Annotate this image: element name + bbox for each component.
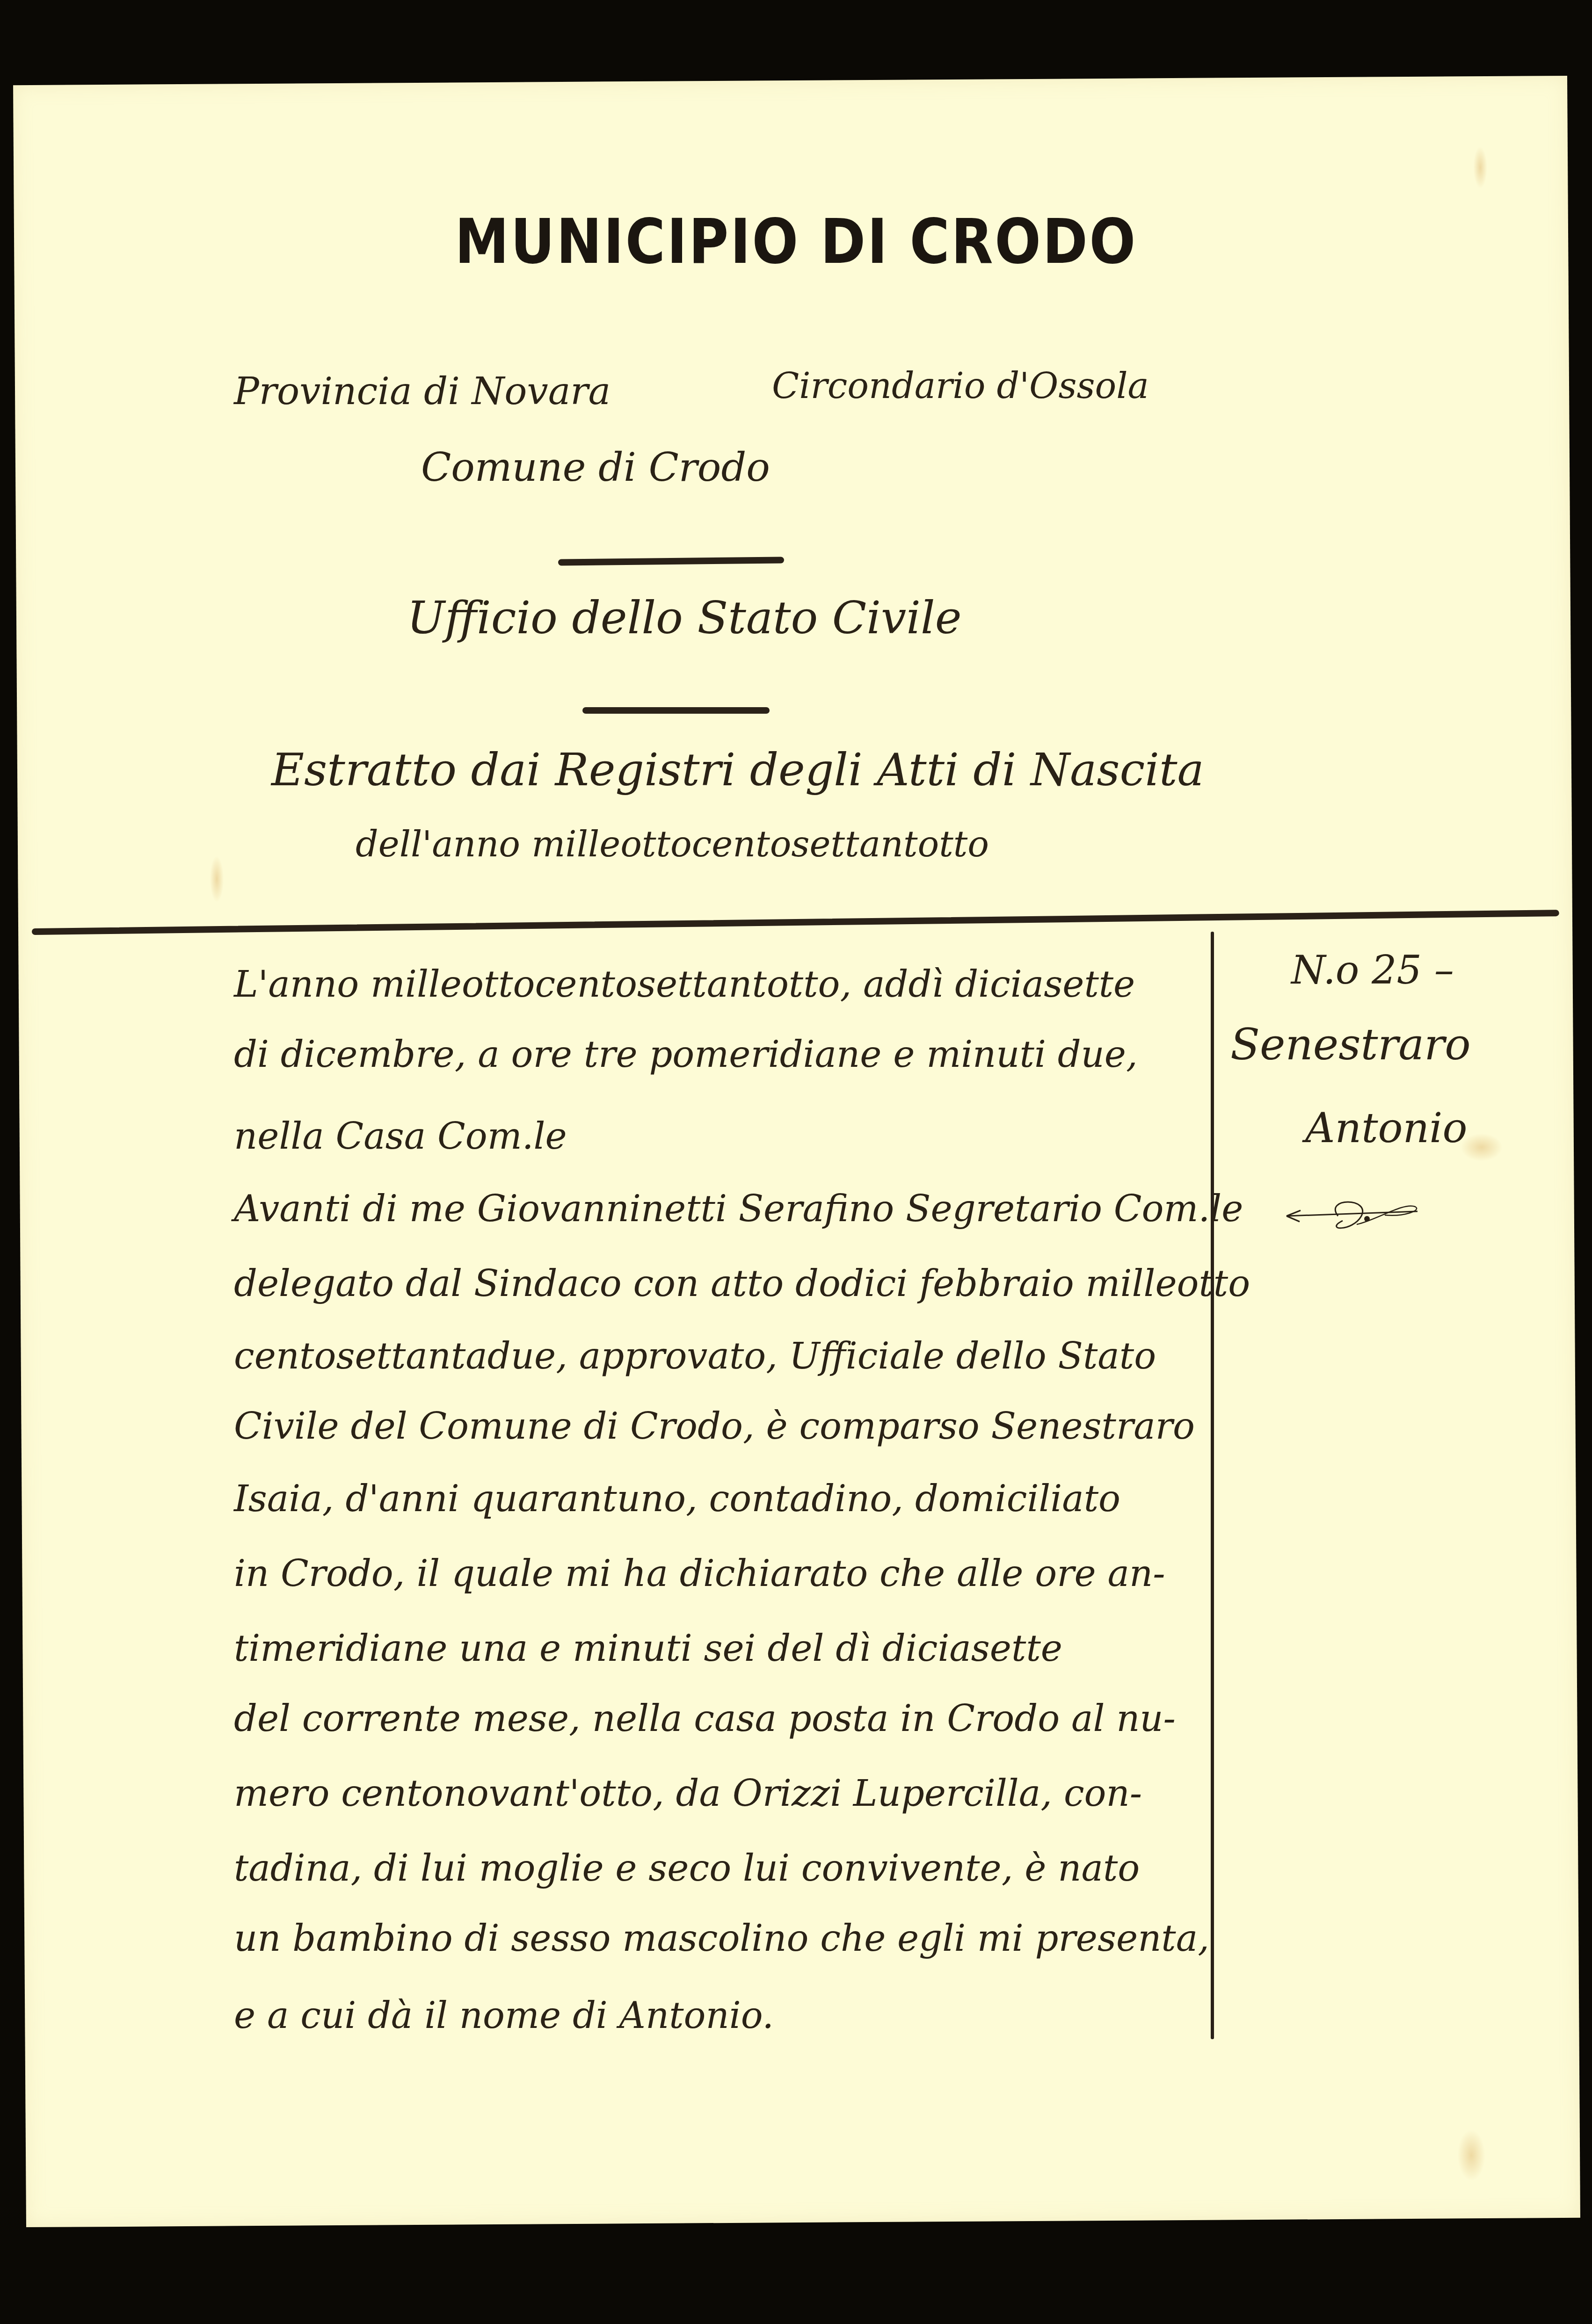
margin-vertical-rule — [1211, 932, 1214, 2039]
body-line: Avanti di me Giovanninetti Serafino Segr… — [234, 1188, 1243, 1230]
margin-surname: Senestraro — [1230, 1020, 1471, 1070]
provincia-label: Provincia di Novara — [234, 369, 611, 413]
header-divider-bottom — [582, 707, 770, 714]
estratto-title-line2: dell'anno milleottocentosettantotto — [356, 823, 989, 865]
body-line: Civile del Comune di Crodo, è comparso S… — [234, 1405, 1195, 1448]
estratto-title-line1: Estratto dai Registri degli Atti di Nasc… — [271, 744, 1204, 796]
scanned-document: MUNICIPIO DI CRODO Provincia di Novara C… — [0, 0, 1592, 2324]
body-line: tadina, di lui moglie e seco lui convive… — [234, 1847, 1140, 1890]
body-line: di dicembre, a ore tre pomeridiane e min… — [234, 1034, 1138, 1076]
letterhead-title: MUNICIPIO DI CRODO — [95, 206, 1497, 278]
flourish-arrow-icon — [1282, 1188, 1422, 1239]
body-line: timeridiane una e minuti sei del dì dici… — [234, 1628, 1062, 1670]
circondario-label: Circondario d'Ossola — [772, 365, 1149, 406]
margin-given-name: Antonio — [1305, 1104, 1467, 1152]
record-number: N.o 25 – — [1291, 947, 1454, 993]
body-line: centosettantadue, approvato, Ufficiale d… — [234, 1335, 1156, 1377]
body-line: nella Casa Com.le — [234, 1115, 567, 1158]
comune-label: Comune di Crodo — [421, 444, 770, 490]
foxing-stain — [210, 855, 224, 902]
body-line: L'anno milleottocentosettantotto, addì d… — [234, 963, 1135, 1006]
foxing-stain — [1473, 146, 1488, 188]
body-line: Isaia, d'anni quarantuno, contadino, dom… — [234, 1478, 1120, 1520]
body-line: mero centonovant'otto, da Orizzi Luperci… — [234, 1773, 1142, 1815]
ufficio-label: Ufficio dello Stato Civile — [407, 592, 961, 644]
body-line: in Crodo, il quale mi ha dichiarato che … — [234, 1553, 1165, 1595]
body-line: del corrente mese, nella casa posta in C… — [234, 1698, 1176, 1740]
body-line: un bambino di sesso mascolino che egli m… — [234, 1918, 1209, 1960]
body-line: delegato dal Sindaco con atto dodici feb… — [234, 1263, 1250, 1305]
body-line: e a cui dà il nome di Antonio. — [234, 1995, 774, 2037]
foxing-stain — [1457, 2129, 1486, 2181]
